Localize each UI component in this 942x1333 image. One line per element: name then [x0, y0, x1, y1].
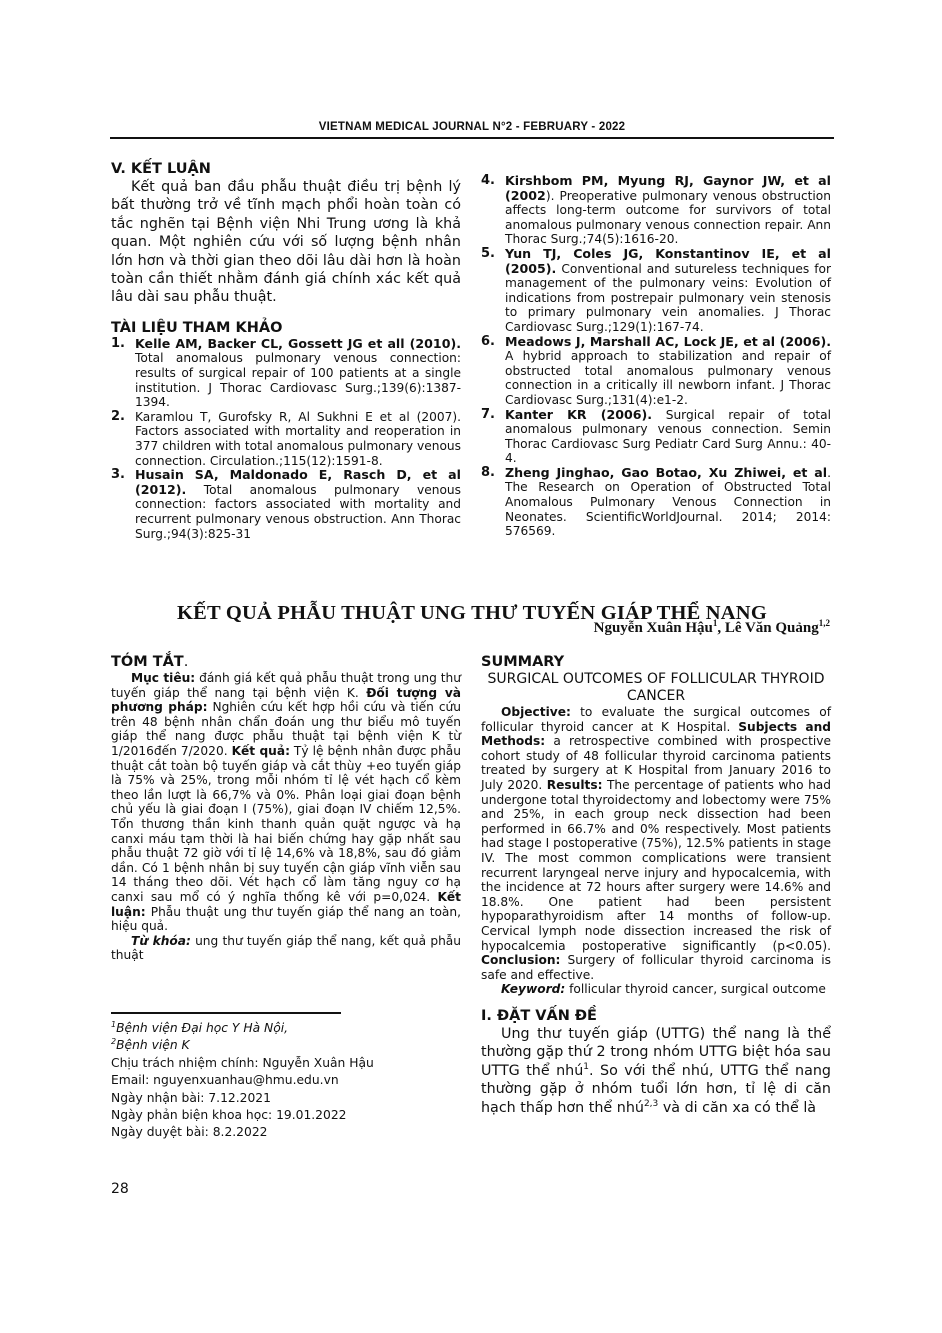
reference-number: 5.	[481, 247, 495, 262]
reference-item: 7.Kanter KR (2006). Surgical repair of t…	[481, 408, 831, 466]
author-name: Lê Văn Quảng	[725, 620, 819, 636]
author-affiliation: 1,2	[819, 618, 830, 628]
reference-authors: Meadows J, Marshall AC, Lock JE, et al (…	[505, 334, 831, 349]
prev-article-right-column: 4.Kirshbom PM, Myung RJ, Gaynor JW, et a…	[481, 174, 831, 539]
reference-text: Total anomalous pulmonary venous connect…	[135, 351, 461, 409]
reference-number: 8.	[481, 466, 495, 481]
reference-item: 1.Kelle AM, Backer CL, Gossett JG et all…	[111, 337, 461, 410]
keywords-vi: Từ khóa: ung thư tuyến giáp thể nang, kế…	[111, 934, 461, 963]
corresponding-author: Chịu trách nhiệm chính: Nguyễn Xuân Hậu	[111, 1055, 461, 1072]
keywords-en: Keyword: follicular thyroid cancer, surg…	[481, 982, 831, 997]
objective-label: Mục tiêu:	[131, 671, 195, 685]
introduction-heading: I. ĐẶT VẤN ĐỀ	[481, 1007, 831, 1025]
keywords-label: Keyword:	[501, 982, 565, 996]
accepted-date: Ngày duyệt bài: 8.2.2022	[111, 1124, 461, 1141]
abstract-vi-heading: TÓM TẮT.	[111, 653, 461, 671]
abstract-english: SUMMARY SURGICAL OUTCOMES OF FOLLICULAR …	[481, 653, 831, 1117]
reference-authors: Kelle AM, Backer CL, Gossett JG et all (…	[135, 336, 461, 351]
footnotes: 1Bệnh viện Đại học Y Hà Nội, 2Bệnh viện …	[111, 1020, 461, 1142]
conclusion-text: Phẫu thuật ung thư tuyến giáp thể nang a…	[111, 905, 461, 934]
page-number: 28	[111, 1181, 129, 1197]
reference-number: 2.	[111, 410, 125, 425]
reference-item: 4.Kirshbom PM, Myung RJ, Gaynor JW, et a…	[481, 174, 831, 247]
references-heading: TÀI LIỆU THAM KHẢO	[111, 319, 461, 337]
results-label: Results:	[547, 778, 603, 792]
reference-item: 2.Karamlou T, Gurofsky R, Al Sukhni E et…	[111, 410, 461, 468]
objective-label: Objective:	[501, 705, 571, 719]
citation-superscript: 2,3	[644, 1099, 658, 1109]
author-line: Nguyễn Xuân Hậu1, Lê Văn Quảng1,2	[594, 620, 830, 637]
reference-number: 4.	[481, 174, 495, 189]
summary-heading: SUMMARY	[481, 653, 831, 671]
prev-article-left-column: V. KẾT LUẬN Kết quả ban đầu phẫu thuật đ…	[111, 160, 461, 541]
keywords-text: follicular thyroid cancer, surgical outc…	[565, 982, 826, 996]
reference-list-continued: 4.Kirshbom PM, Myung RJ, Gaynor JW, et a…	[481, 174, 831, 539]
reference-item: 6.Meadows J, Marshall AC, Lock JE, et al…	[481, 335, 831, 408]
summary-article-title: SURGICAL OUTCOMES OF FOLLICULAR THYROID …	[481, 671, 831, 705]
keywords-label: Từ khóa:	[131, 934, 191, 948]
affiliation-1: 1Bệnh viện Đại học Y Hà Nội,	[111, 1020, 461, 1037]
results-text: Tỷ lệ bệnh nhân được phẫu thuật cắt toàn…	[111, 744, 461, 904]
reference-text: Karamlou T, Gurofsky R, Al Sukhni E et a…	[135, 410, 461, 468]
received-date: Ngày nhận bài: 7.12.2021	[111, 1090, 461, 1107]
reference-item: 5.Yun TJ, Coles JG, Konstantinov IE, et …	[481, 247, 831, 335]
reference-number: 1.	[111, 337, 125, 352]
reference-item: 8.Zheng Jinghao, Gao Botao, Xu Zhiwei, e…	[481, 466, 831, 539]
results-label: Kết quả:	[232, 744, 290, 758]
abstract-en-body: Objective: to evaluate the surgical outc…	[481, 705, 831, 982]
email: Email: nguyenxuanhau@hmu.edu.vn	[111, 1072, 461, 1089]
reference-authors: Kanter KR (2006).	[505, 407, 652, 422]
reference-text: ). Preoperative pulmonary venous obstruc…	[505, 189, 831, 247]
reference-item: 3.Husain SA, Maldonado E, Rasch D, et al…	[111, 468, 461, 541]
footnote-rule	[111, 1012, 341, 1014]
author-separator: ,	[717, 620, 725, 636]
reference-number: 7.	[481, 408, 495, 423]
reference-list: 1.Kelle AM, Backer CL, Gossett JG et all…	[111, 337, 461, 541]
introduction-paragraph: Ung thư tuyến giáp (UTTG) thể nang là th…	[481, 1025, 831, 1117]
conclusion-paragraph: Kết quả ban đầu phẫu thuật điều trị bệnh…	[111, 178, 461, 307]
conclusion-label: Conclusion:	[481, 953, 560, 967]
reference-number: 6.	[481, 335, 495, 350]
conclusion-heading: V. KẾT LUẬN	[111, 160, 461, 178]
review-date: Ngày phản biện khoa học: 19.01.2022	[111, 1107, 461, 1124]
abstract-vi-body: Mục tiêu: đánh giá kết quả phẫu thuật tr…	[111, 671, 461, 934]
journal-header: VIETNAM MEDICAL JOURNAL N°2 - FEBRUARY -…	[110, 121, 834, 133]
reference-authors: Zheng Jinghao, Gao Botao, Xu Zhiwei, et …	[505, 465, 827, 480]
results-text: The percentage of patients who had under…	[481, 778, 831, 953]
abstract-vietnamese: TÓM TẮT. Mục tiêu: đánh giá kết quả phẫu…	[111, 653, 461, 963]
author-name: Nguyễn Xuân Hậu	[594, 620, 713, 636]
reference-text: A hybrid approach to stabilization and r…	[505, 349, 831, 407]
header-rule	[110, 137, 834, 139]
affiliation-2: 2Bệnh viện K	[111, 1037, 461, 1054]
reference-number: 3.	[111, 468, 125, 483]
